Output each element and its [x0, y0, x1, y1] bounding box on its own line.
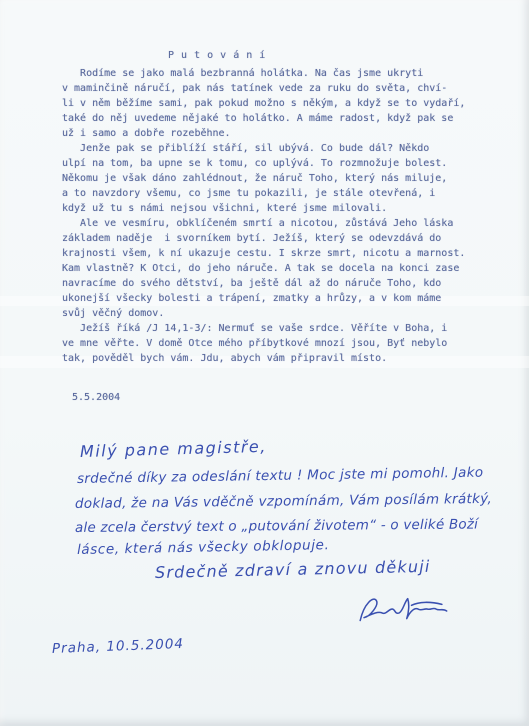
typed-line: Jenže pak se přiblíží stáří, sil ubývá. … [62, 141, 465, 156]
typed-line: základem naděje i svorníkem bytí. Ježíš,… [62, 231, 465, 246]
handwritten-greeting: Milý pane magistře, [80, 437, 267, 461]
typed-line: ve mne věřte. V domě Otce mého příbytkov… [62, 336, 465, 351]
typed-line: tak, pověděl bych vám. Jdu, abych vám př… [62, 351, 465, 366]
typed-line: v maminčině náručí, pak nás tatínek vede… [62, 81, 465, 96]
handwritten-line: srdečné díky za odeslání textu ! Moc jst… [77, 465, 484, 487]
typed-line: Rodíme se jako malá bezbranná holátka. N… [62, 66, 465, 81]
handwritten-line: ale zcela čerstvý text o „putování život… [75, 516, 478, 536]
typed-letter-body: P u t o v á n í Rodíme se jako malá bezb… [62, 48, 465, 405]
typed-line: Kam vlastně? K Otci, do jeho náruče. A t… [62, 261, 465, 276]
handwritten-closing: Srdečně zdraví a znovu děkuji [155, 557, 431, 582]
typed-line: Ale ve vesmíru, obklíčeném smrtí a nicot… [62, 216, 465, 231]
typed-line: navracíme do svého dětství, ba ještě dál… [62, 276, 465, 291]
typed-line: už i samo a dobře rozeběhne. [62, 126, 465, 141]
handwritten-line: doklad, že na Vás vděčně vzpomínám, Vám … [75, 491, 492, 512]
handwritten-line: lásce, která nás všecky obklopuje. [77, 537, 330, 558]
typed-line: ukonejší všecky bolesti a trápení, zmatk… [62, 291, 465, 306]
typed-line: krajnosti všem, k ní ukazuje cestu. I sk… [62, 246, 465, 261]
typed-line: li v něm běžíme sami, pak pokud možno s … [62, 96, 465, 111]
signature [352, 592, 452, 630]
handwritten-place-date: Praha, 10.5.2004 [52, 636, 185, 657]
typed-line: Ježíš říká /J 14,1-3/: Nermuť se vaše sr… [62, 321, 465, 336]
typed-line: když už tu s námi nejsou všichni, které … [62, 201, 465, 216]
typed-line: svůj věčný domov. [62, 306, 465, 321]
typed-date: 5.5.2004 [72, 390, 465, 405]
typed-line: také do něj uvedeme nějaké to holátko. A… [62, 111, 465, 126]
typed-line: a to navzdory všemu, co jsme tu pokazili… [62, 186, 465, 201]
letter-title: P u t o v á n í [168, 48, 465, 63]
typed-line: Někomu je však dáno zahlédnout, že náruč… [62, 171, 465, 186]
typed-line: ulpí na tom, ba upne se k tomu, co uplýv… [62, 156, 465, 171]
scanned-letter-page: P u t o v á n í Rodíme se jako malá bezb… [0, 0, 529, 726]
